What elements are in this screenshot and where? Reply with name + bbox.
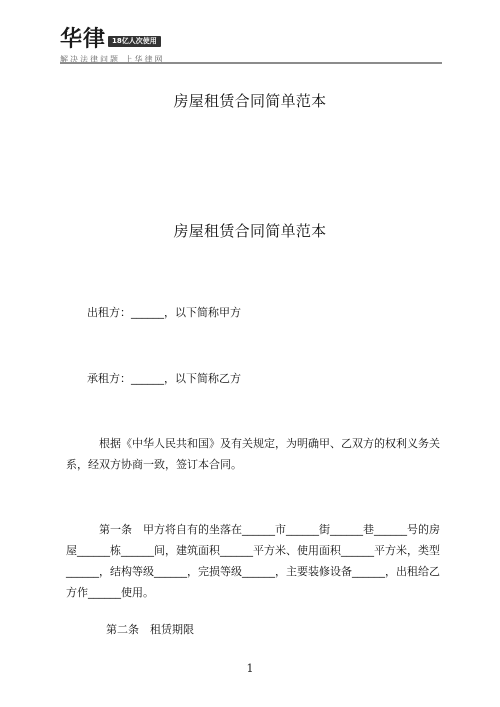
- cover-title: 房屋租赁合同简单范本: [0, 92, 500, 110]
- header-divider: [60, 62, 442, 64]
- article-2-heading: 第二条 租赁期限: [106, 623, 194, 637]
- site-logo[interactable]: 华律: [60, 28, 106, 52]
- article-1-paragraph: 第一条 甲方将自有的坐落在______市______街______巷______…: [66, 519, 442, 603]
- page-number: 1: [0, 662, 500, 675]
- lessor-line: 出租方：______，以下简称甲方: [87, 306, 241, 320]
- usage-badge: 18亿人次使用: [108, 36, 161, 47]
- document-title: 房屋租赁合同简单范本: [0, 222, 500, 240]
- preamble-paragraph: 根据《中华人民共和国》及有关规定，为明确甲、乙双方的权利义务关系，经双方协商一致…: [66, 433, 442, 475]
- lessee-line: 承租方：______，以下简称乙方: [87, 372, 241, 386]
